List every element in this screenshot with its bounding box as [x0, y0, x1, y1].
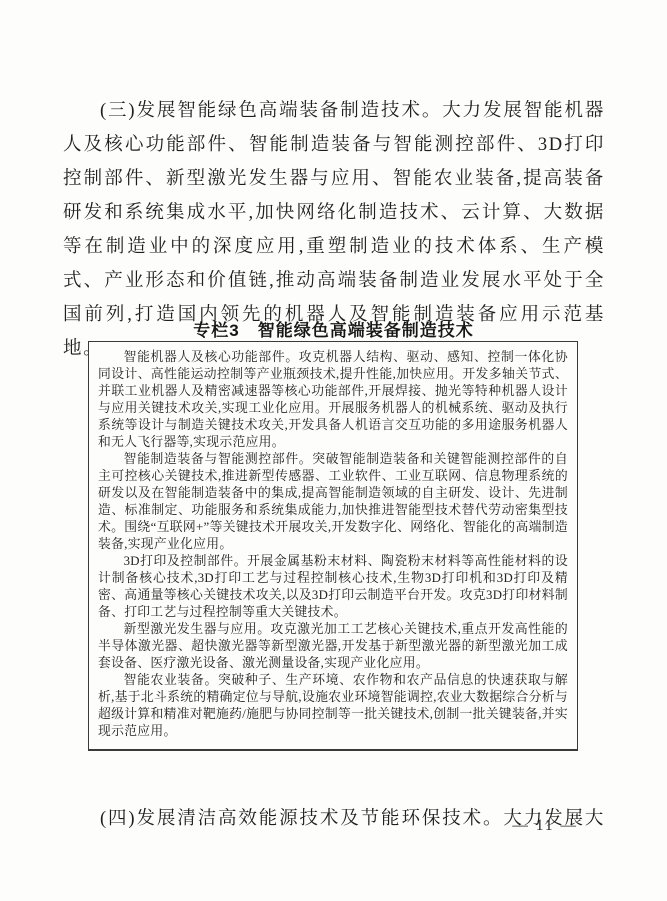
column-box-title: 专栏3 智能绿色高端装备制造技术 — [0, 316, 667, 341]
box-paragraph-3d-printing: 3D打印及控制部件。开展金属基粉末材料、陶瓷粉末材料等高性能材料的设计制备核心技… — [98, 553, 568, 621]
column-box: 智能机器人及核心功能部件。攻克机器人结构、驱动、感知、控制一体化协同设计、高性能… — [88, 341, 578, 751]
box-paragraph-laser-generators: 新型激光发生器与应用。攻克激光加工工艺核心关键技术,重点开发高性能的半导体激光器… — [98, 621, 568, 672]
document-page: (三)发展智能绿色高端装备制造技术。大力发展智能机器人及核心功能部件、智能制造装… — [0, 0, 667, 901]
page-number: — 11 — — [512, 817, 578, 835]
box-paragraph-intelligent-manufacturing: 智能制造装备与智能测控部件。突破智能制造装备和关键智能测控部件的自主可控核心关键… — [98, 451, 568, 553]
box-paragraph-intelligent-robots: 智能机器人及核心功能部件。攻克机器人结构、驱动、感知、控制一体化协同设计、高性能… — [98, 349, 568, 451]
box-paragraph-smart-agriculture: 智能农业装备。突破种子、生产环境、农作物和农产品信息的快速获取与解析,基于北斗系… — [98, 672, 568, 740]
